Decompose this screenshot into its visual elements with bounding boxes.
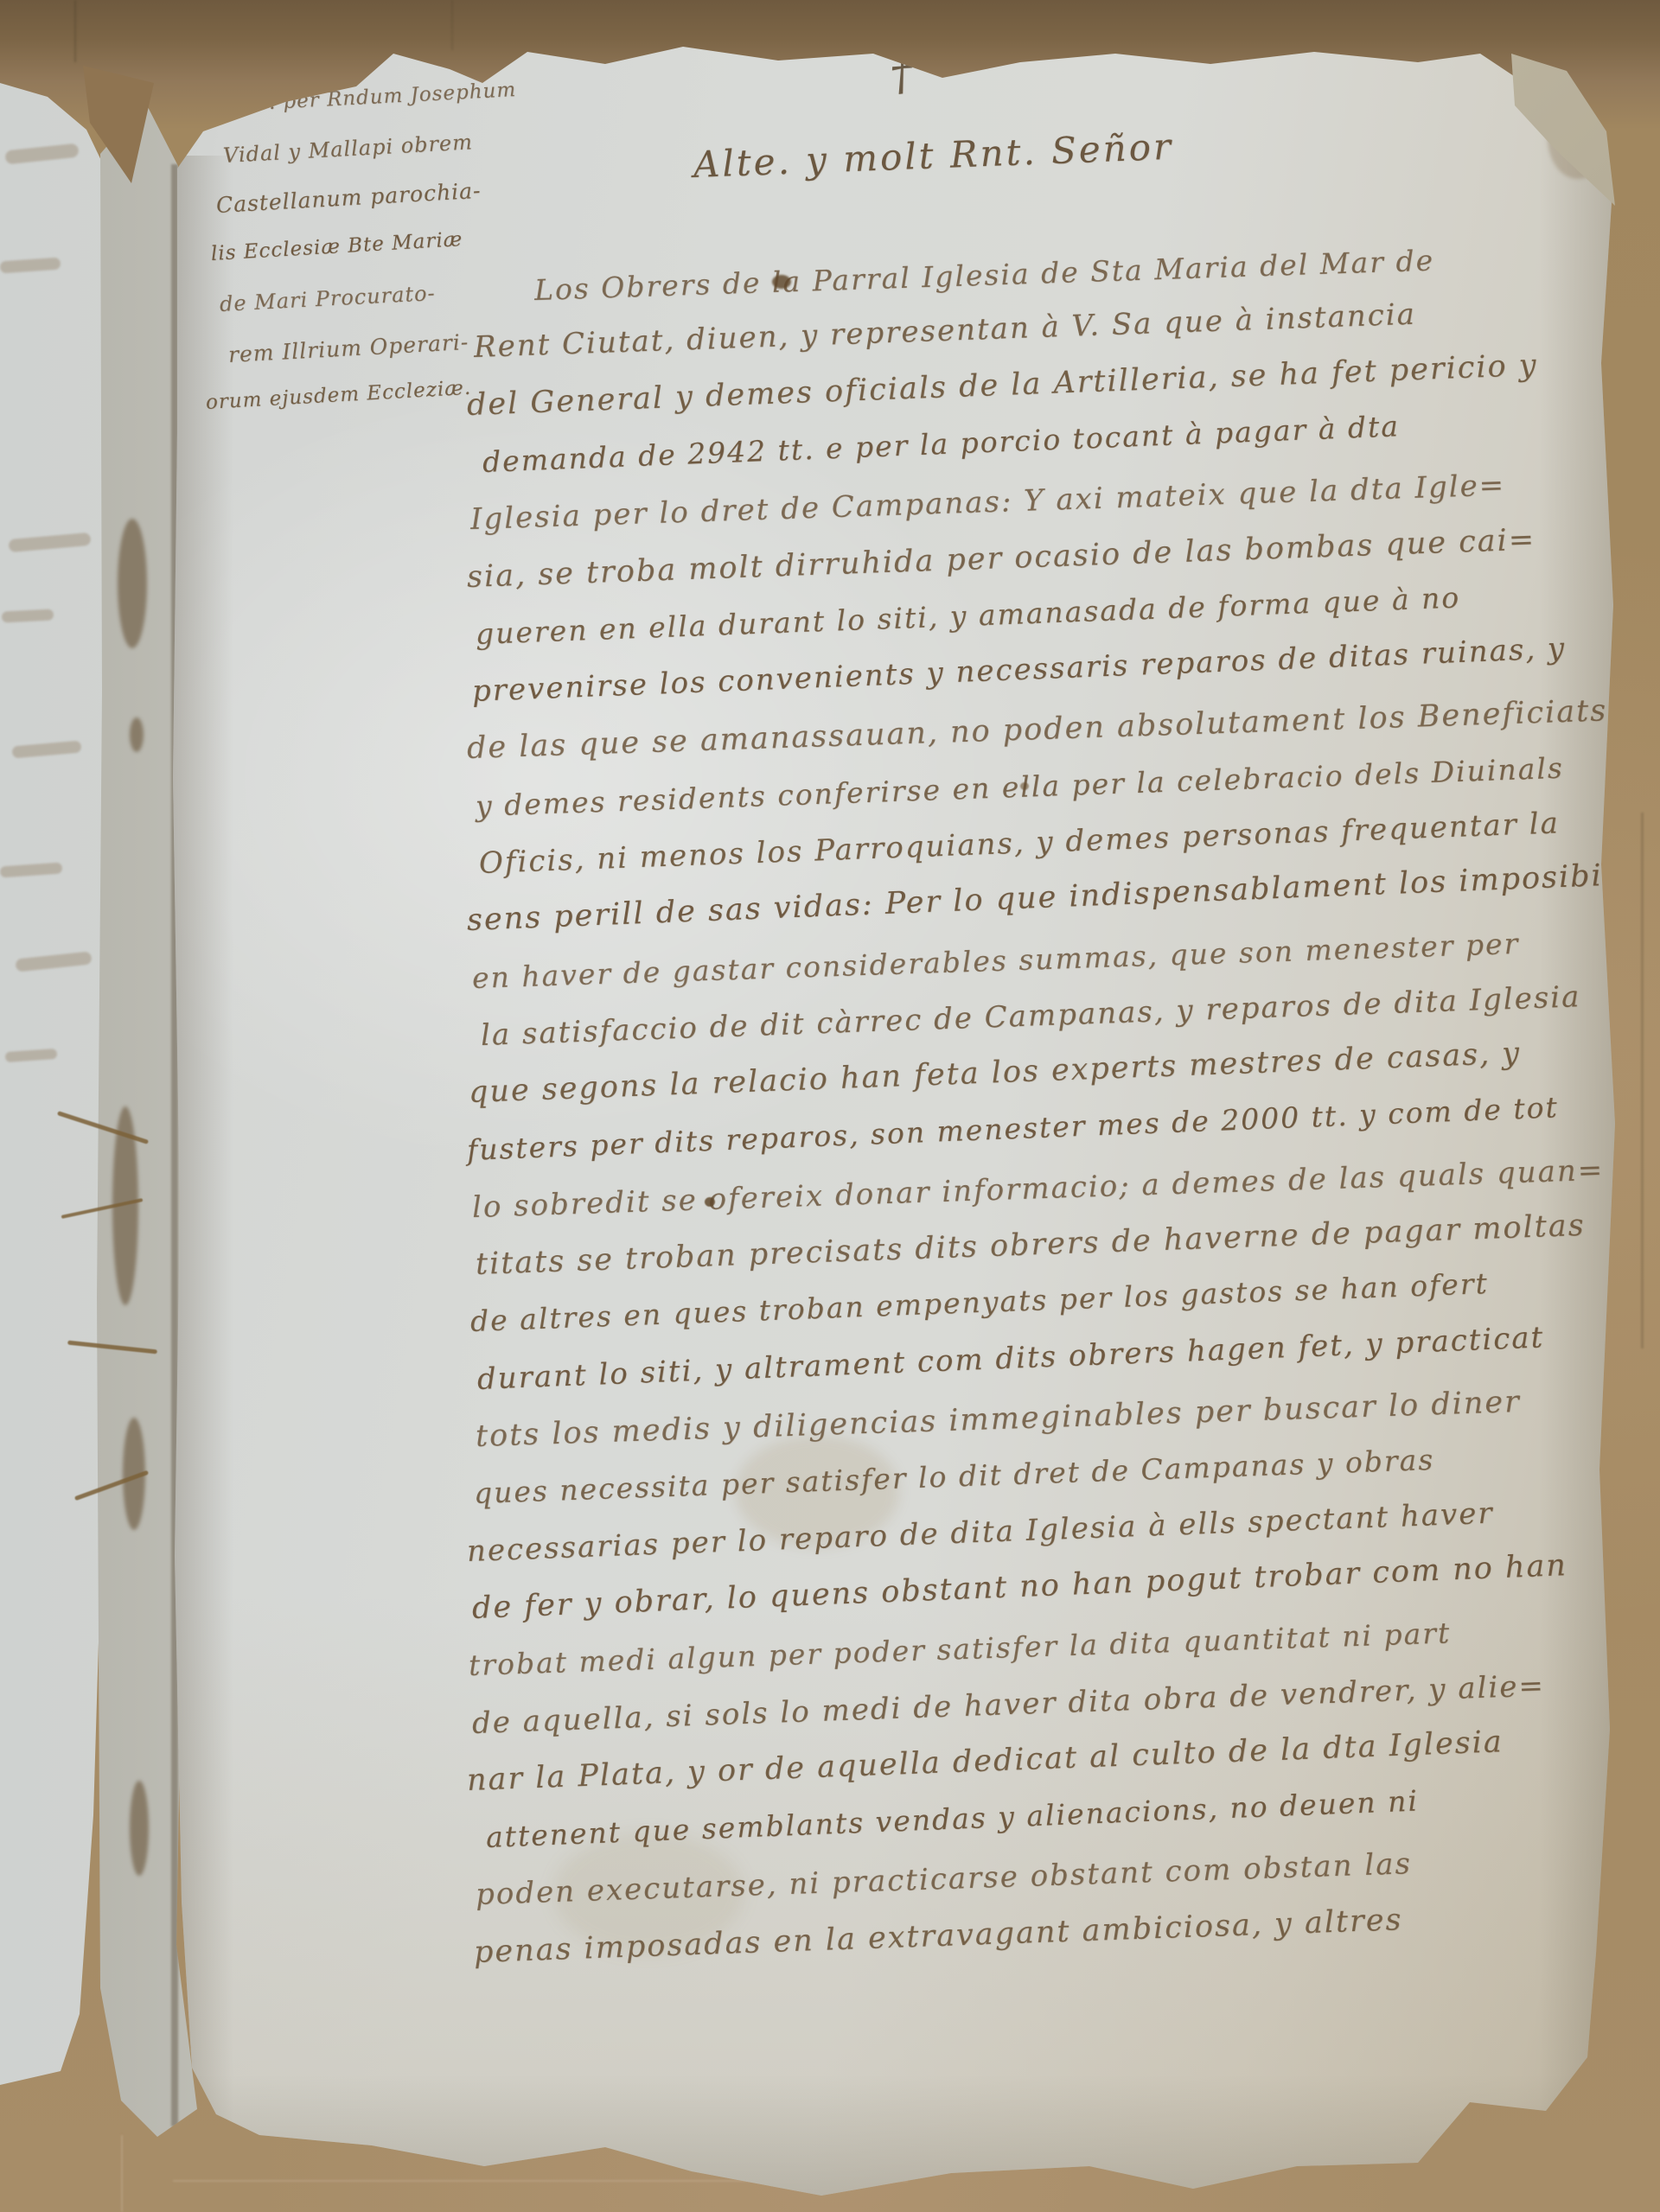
manuscript-line: Rent Ciutat, diuen, y representan à V. S… bbox=[473, 297, 1416, 365]
manuscript-line: trobat medi algun per poder satisfer la … bbox=[468, 1616, 1451, 1683]
cardboard-crease bbox=[451, 0, 453, 50]
manuscript-line: penas imposadas en la extravagant ambici… bbox=[473, 1903, 1403, 1970]
manuscript-page: † Alte. y molt Rnt. Señor Jhs. per Rndum… bbox=[0, 0, 1660, 2212]
manuscript-line: Los Obrers de la Parral Iglesia de Sta M… bbox=[533, 243, 1434, 307]
bleedthrough-mark bbox=[4, 143, 79, 165]
manuscript-line: en haver de gastar considerables summas,… bbox=[471, 926, 1520, 994]
bleedthrough-mark bbox=[15, 951, 92, 972]
manuscript-line: poden executarse, ni practicarse obstant… bbox=[475, 1846, 1412, 1912]
bleedthrough-mark bbox=[12, 741, 82, 759]
manuscript-line: attenent que semblants vendas y alienaci… bbox=[485, 1784, 1419, 1855]
binding-stain bbox=[118, 519, 147, 648]
manuscript-line: tots los medis y diligencias immeginable… bbox=[475, 1385, 1521, 1454]
binding-stain bbox=[130, 717, 144, 752]
bleedthrough-mark bbox=[5, 1049, 58, 1062]
cardboard-crease bbox=[1641, 813, 1644, 1348]
manuscript-line: Iglesia per lo dret de Campanas: Y axi m… bbox=[469, 468, 1505, 537]
binding-stain bbox=[130, 1781, 149, 1876]
manuscript-line: ques necessita per satisfer lo dit dret … bbox=[473, 1443, 1434, 1510]
cardboard-crease bbox=[121, 2135, 123, 2212]
bleedthrough-mark bbox=[0, 258, 61, 274]
bleedthrough-mark bbox=[2, 609, 54, 622]
manuscript-line: demanda de 2942 tt. e per la porcio toca… bbox=[482, 409, 1400, 479]
manuscript-line: gueren en ella durant lo siti, y amanasa… bbox=[475, 580, 1460, 651]
cardboard-crease bbox=[74, 0, 76, 62]
photo-scene: † Alte. y molt Rnt. Señor Jhs. per Rndum… bbox=[0, 0, 1660, 2212]
bleedthrough-mark bbox=[9, 532, 92, 552]
bleedthrough-mark bbox=[0, 863, 62, 878]
petition-body: Los Obrers de la Parral Iglesia de Sta M… bbox=[0, 0, 1660, 2212]
